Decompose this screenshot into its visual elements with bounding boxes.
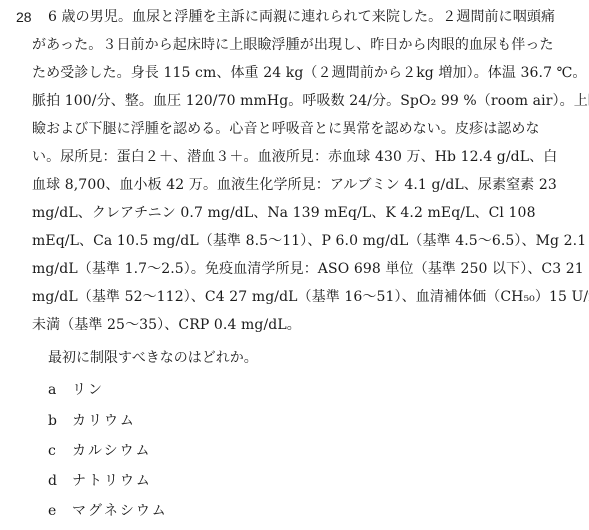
option-text: マグネシウム	[72, 503, 168, 519]
question-prompt: 最初に制限すべきなのはどれか。	[48, 348, 258, 368]
option-e[interactable]: eマグネシウム	[48, 501, 168, 521]
option-d[interactable]: dナトリウム	[48, 471, 152, 491]
option-a[interactable]: aリン	[48, 380, 104, 400]
stem-line: 脈拍 100/分、整。血圧 120/70 mmHg。呼吸数 24/分。SpO₂ …	[32, 91, 589, 111]
stem-line: 瞼および下腿に浮腫を認める。心音と呼吸音とに異常を認めない。皮疹は認めな	[32, 119, 540, 139]
option-c[interactable]: cカルシウム	[48, 441, 152, 461]
option-letter: b	[48, 411, 72, 431]
question-number: 28	[16, 7, 32, 27]
stem-line: mEq/L、Ca 10.5 mg/dL（基準 8.5～11）、P 6.0 mg/…	[32, 231, 586, 251]
stem-line: ため受診した。身長 115 cm、体重 24 kg（２週間前から２kg 増加）。…	[32, 63, 587, 83]
stem-line: い。尿所見：蛋白２＋、潜血３＋。血液所見：赤血球 430 万、Hb 12.4 g…	[32, 147, 557, 167]
option-text: リン	[72, 382, 104, 398]
stem-line: mg/dL、クレアチニン 0.7 mg/dL、Na 139 mEq/L、K 4.…	[32, 203, 536, 223]
option-text: ナトリウム	[72, 473, 152, 489]
option-letter: c	[48, 441, 72, 461]
stem-line: mg/dL（基準 52～112）、C4 27 mg/dL（基準 16～51）、血…	[32, 287, 589, 307]
stem-line: 血球 8,700、血小板 42 万。血液生化学所見：アルブミン 4.1 g/dL…	[32, 175, 557, 195]
option-letter: e	[48, 501, 72, 521]
option-text: カルシウム	[72, 443, 152, 459]
option-text: カリウム	[72, 413, 136, 429]
option-letter: d	[48, 471, 72, 491]
option-letter: a	[48, 380, 72, 400]
stem-line: 6 歳の男児。血尿と浮腫を主訴に両親に連れられて来院した。２週間前に咽頭痛	[48, 7, 555, 27]
option-b[interactable]: bカリウム	[48, 411, 136, 431]
stem-line: 未満（基準 25～35）、CRP 0.4 mg/dL。	[32, 315, 301, 335]
stem-line: があった。３日前から起床時に上眼瞼浮腫が出現し、昨日から肉眼的血尿も伴った	[32, 35, 554, 55]
stem-line: mg/dL（基準 1.7～2.5）。免疫血清学所見：ASO 698 単位（基準 …	[32, 259, 584, 279]
